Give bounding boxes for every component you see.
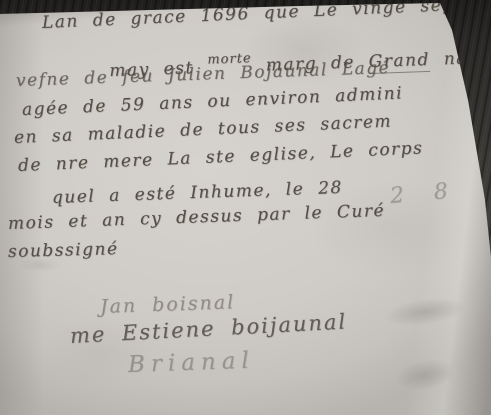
ink-showthrough-mark [368, 288, 482, 337]
signature-1: Jan boisnal [100, 291, 236, 318]
signature-3: Brianal [128, 348, 256, 378]
ink-showthrough-mark [10, 255, 70, 275]
faint-date-overwrite: 2 8 [389, 178, 457, 209]
manuscript-photograph: Lan de grace 1696 que Le vinge sept may … [0, 0, 491, 415]
ink-showthrough-mark [382, 348, 468, 401]
register-page: Lan de grace 1696 que Le vinge sept may … [0, 0, 491, 415]
